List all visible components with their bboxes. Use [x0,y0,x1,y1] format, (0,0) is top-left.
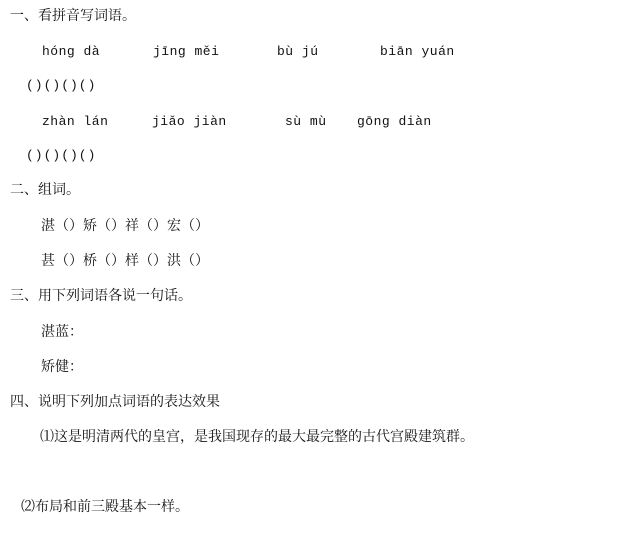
word-group-row-1[interactable]: 湛（）矫（）祥（）宏（） [41,218,209,234]
section-3-title: 三、用下列词语各说一句话。 [10,288,192,304]
pinyin-7: sù mù [285,114,327,130]
pinyin-1: hóng dà [42,44,100,60]
pinyin-5: zhàn lán [42,114,108,130]
pinyin-4: biān yuán [380,44,455,60]
section-2-title: 二、组词。 [10,182,80,198]
sentence-item-2[interactable]: 矫健： [41,359,83,375]
word-group-row-2[interactable]: 甚（）桥（）样（）洪（） [41,253,209,269]
section-4-title: 四、说明下列加点词语的表达效果 [10,394,220,410]
sentence-item-1[interactable]: 湛蓝： [41,324,83,340]
pinyin-3: bù jú [277,44,319,60]
section-1-title: 一、看拼音写词语。 [10,8,136,24]
pinyin-6: jiǎo jiàn [152,114,227,130]
answer-blanks-row-1[interactable]: ()()()() [26,78,96,94]
pinyin-8: gōng diàn [357,114,432,130]
answer-blanks-row-2[interactable]: ()()()() [26,148,96,164]
question-item-2[interactable]: ⑵布局和前三殿基本一样。 [21,499,189,515]
pinyin-2: jīng měi [153,44,219,60]
question-item-1[interactable]: ⑴这是明清两代的皇宫，是我国现存的最大最完整的古代宫殿建筑群。 [40,429,474,445]
